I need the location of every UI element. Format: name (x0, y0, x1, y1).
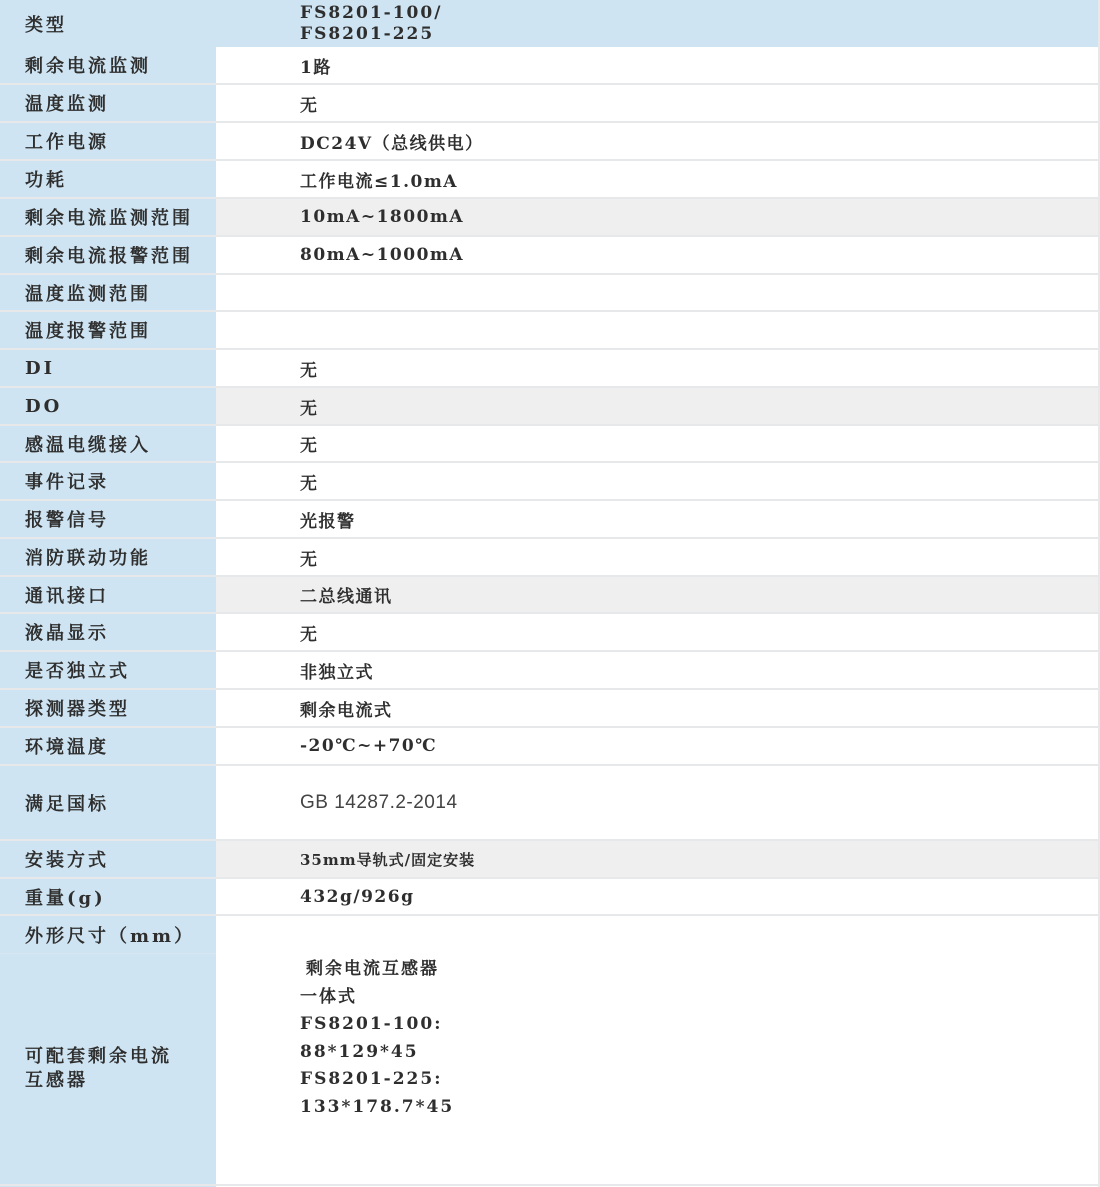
table-row: 外形尺寸（mm） (0, 916, 216, 954)
table-row: DI 无 (0, 350, 1098, 388)
table-row: 探测器类型 剩余电流式 (0, 690, 1098, 728)
value-line: FS8201-100: (300, 1011, 1098, 1039)
row-value (216, 275, 1098, 310)
row-label: 探测器类型 (0, 690, 216, 726)
table-row: 温度监测 无 (0, 85, 1098, 123)
table-row: 满足国标 GB 14287.2-2014 (0, 766, 1098, 841)
row-value: 无 (216, 614, 1098, 650)
row-value: 无 (216, 463, 1098, 499)
row-label: 重量(g) (0, 879, 216, 914)
value-line: FS8201-225: (300, 1066, 1098, 1094)
table-row: DO 无 (0, 388, 1098, 426)
row-label-line: 互感器 (25, 1069, 88, 1093)
row-value: -20℃~+70℃ (216, 728, 1098, 764)
row-value: 80mA~1000mA (216, 237, 1098, 273)
row-value: 432g/926g (216, 879, 1098, 914)
row-value: GB 14287.2-2014 (216, 766, 1098, 839)
table-row: 消防联动功能 无 (0, 539, 1098, 577)
table-row: 温度报警范围 (0, 312, 1098, 350)
row-label: 剩余电流监测范围 (0, 199, 216, 235)
table-row: 剩余电流报警范围 80mA~1000mA (0, 237, 1098, 275)
row-label: DI (0, 350, 216, 386)
table-row: 液晶显示 无 (0, 614, 1098, 652)
table-header-row: 类型 FS8201-100/ FS8201-225 (0, 0, 1098, 47)
row-label: 外形尺寸（mm） (0, 916, 216, 953)
row-value: 剩余电流式 (216, 690, 1098, 726)
row-value: 无 (216, 350, 1098, 386)
table-row: 事件记录 无 (0, 463, 1098, 501)
header-value-line: FS8201-225 (300, 24, 434, 45)
row-value: 无 (216, 388, 1098, 424)
table-row: 感温电缆接入 无 (0, 426, 1098, 463)
row-label: 液晶显示 (0, 614, 216, 650)
table-row: 报警信号 光报警 (0, 501, 1098, 539)
row-value: 无 (216, 539, 1098, 575)
row-value: 35mm导轨式/固定安装 (216, 841, 1098, 877)
row-label: 环境温度 (0, 728, 216, 764)
merged-value-cell: 剩余电流互感器 一体式 FS8201-100: 88*129*45 FS8201… (216, 916, 1098, 1186)
table-row: 环境温度 -20℃~+70℃ (0, 728, 1098, 766)
row-value: 无 (216, 85, 1098, 121)
row-label: 报警信号 (0, 501, 216, 537)
row-label: 温度监测 (0, 85, 216, 121)
row-label: 温度监测范围 (0, 275, 216, 310)
row-value: 10mA~1800mA (216, 199, 1098, 235)
value-line: 一体式 (300, 984, 1098, 1012)
row-label: 事件记录 (0, 463, 216, 499)
row-label: 工作电源 (0, 123, 216, 159)
row-label: DO (0, 388, 216, 424)
row-label-line: 可配套剩余电流 (25, 1045, 172, 1069)
row-label: 满足国标 (0, 766, 216, 839)
value-line: 88*129*45 (300, 1039, 1098, 1067)
row-value: 1路 (216, 47, 1098, 83)
table-row: 工作电源 DC24V（总线供电） (0, 123, 1098, 161)
header-value-line: FS8201-100/ (300, 3, 442, 24)
table-row: 剩余电流监测 1路 (0, 47, 1098, 85)
table-row: 剩余电流监测范围 10mA~1800mA (0, 199, 1098, 237)
table-row: 重量(g) 432g/926g (0, 879, 1098, 916)
row-label: 是否独立式 (0, 652, 216, 688)
row-value: 无 (216, 426, 1098, 461)
table-row: 是否独立式 非独立式 (0, 652, 1098, 690)
row-label: 可配套剩余电流 互感器 (0, 954, 216, 1184)
row-label: 功耗 (0, 161, 216, 197)
row-label: 安装方式 (0, 841, 216, 877)
row-value: 光报警 (216, 501, 1098, 537)
row-label: 剩余电流报警范围 (0, 237, 216, 273)
table-row: 可配套剩余电流 互感器 (0, 954, 216, 1186)
table-row: 功耗 工作电流≤1.0mA (0, 161, 1098, 199)
value-line: 133*178.7*45 (300, 1094, 1098, 1122)
table-row: 通讯接口 二总线通讯 (0, 577, 1098, 614)
row-value: DC24V（总线供电） (216, 123, 1098, 159)
spec-table: 类型 FS8201-100/ FS8201-225 剩余电流监测 1路 温度监测… (0, 0, 1100, 1187)
row-label: 温度报警范围 (0, 312, 216, 348)
row-value: 非独立式 (216, 652, 1098, 688)
row-label: 剩余电流监测 (0, 47, 216, 83)
header-label: 类型 (0, 0, 216, 47)
row-value (216, 312, 1098, 348)
row-label: 通讯接口 (0, 577, 216, 612)
row-value: 二总线通讯 (216, 577, 1098, 612)
value-line: 剩余电流互感器 (300, 956, 1098, 984)
row-value: 工作电流≤1.0mA (216, 161, 1098, 197)
header-value: FS8201-100/ FS8201-225 (216, 0, 1098, 47)
table-row: 安装方式 35mm导轨式/固定安装 (0, 841, 1098, 879)
table-row: 温度监测范围 (0, 275, 1098, 312)
row-label: 感温电缆接入 (0, 426, 216, 461)
row-label: 消防联动功能 (0, 539, 216, 575)
